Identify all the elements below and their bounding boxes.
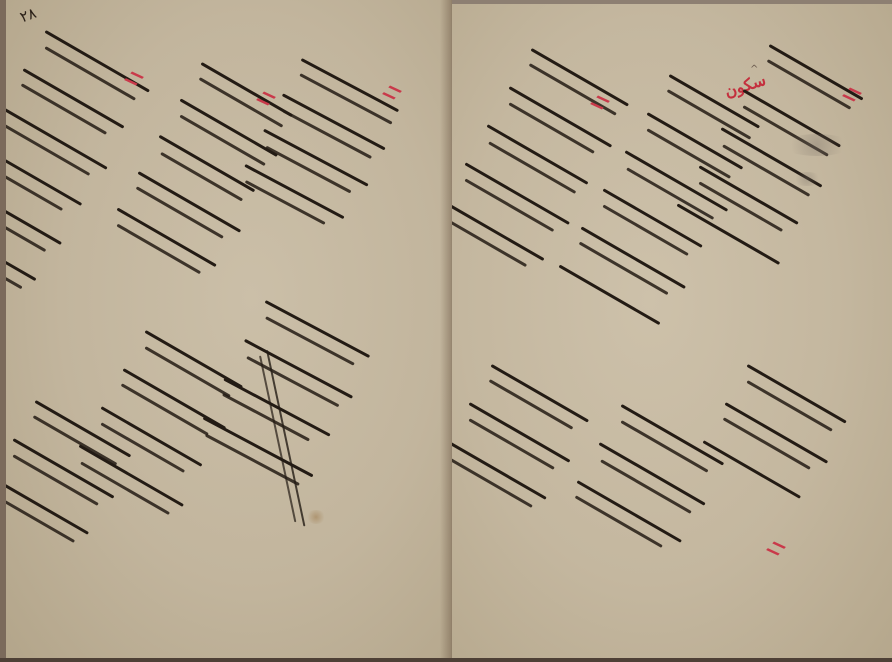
folio-number: ٢٨ — [17, 4, 38, 26]
ink-smudge — [792, 172, 822, 186]
book-edge — [0, 658, 892, 662]
paper-stain — [306, 510, 326, 524]
rubric-mark — [766, 542, 786, 556]
caret-mark-icon: ^ — [750, 64, 758, 75]
rubric-mark — [124, 72, 144, 86]
ink-smudge — [782, 134, 852, 156]
manuscript-spread: ٢٨ — [0, 0, 892, 662]
rubric-heading: سكون — [722, 70, 768, 101]
right-page: سكون ^ — [452, 0, 892, 662]
left-page: ٢٨ — [0, 0, 452, 662]
rubric-mark — [382, 86, 402, 100]
